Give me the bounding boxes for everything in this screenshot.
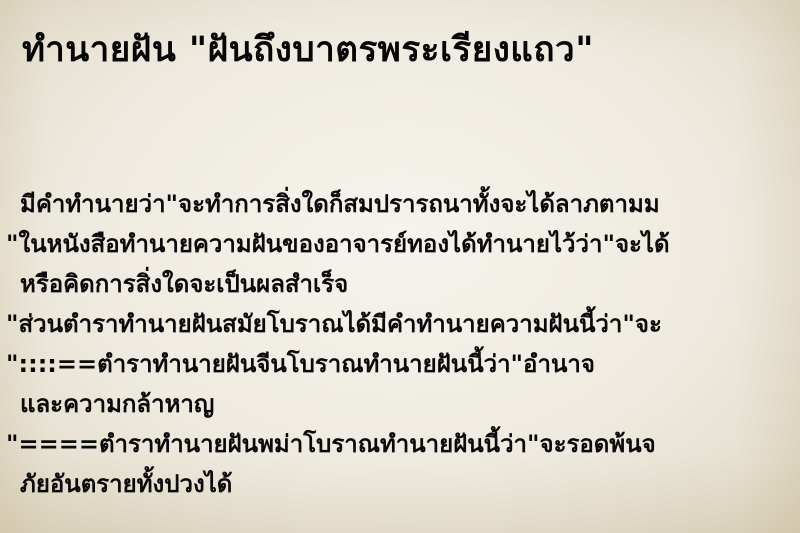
text-line: "ส่วนตำราทำนายฝันสมัยโบราณได้มีคำทำนายคว… [0,304,800,344]
text-line: หรือคิดการสิ่งใดจะเป็นผลสำเร็จ [0,264,800,304]
page-title: ทำนายฝัน "ฝันถึงบาตรพระเรียงแถว" [22,22,594,77]
text-line: มีคำทำนายว่า"จะทำการสิ่งใดก็สมปรารถนาทั้… [0,184,800,224]
text-line: และความกล้าหาญ [0,384,800,424]
dream-interpretation-text: มีคำทำนายว่า"จะทำการสิ่งใดก็สมปรารถนาทั้… [0,184,800,504]
text-line: "====ตำราทำนายฝันพม่าโบราณทำนายฝันนี้ว่า… [0,424,800,464]
text-line: ภัยอันตรายทั้งปวงได้ [0,464,800,504]
text-line: "::::==ตำราทำนายฝันจีนโบราณทำนายฝันนี้ว่… [0,344,800,384]
text-line: "ในหนังสือทำนายความฝันของอาจารย์ทองได้ทำ… [0,224,800,264]
